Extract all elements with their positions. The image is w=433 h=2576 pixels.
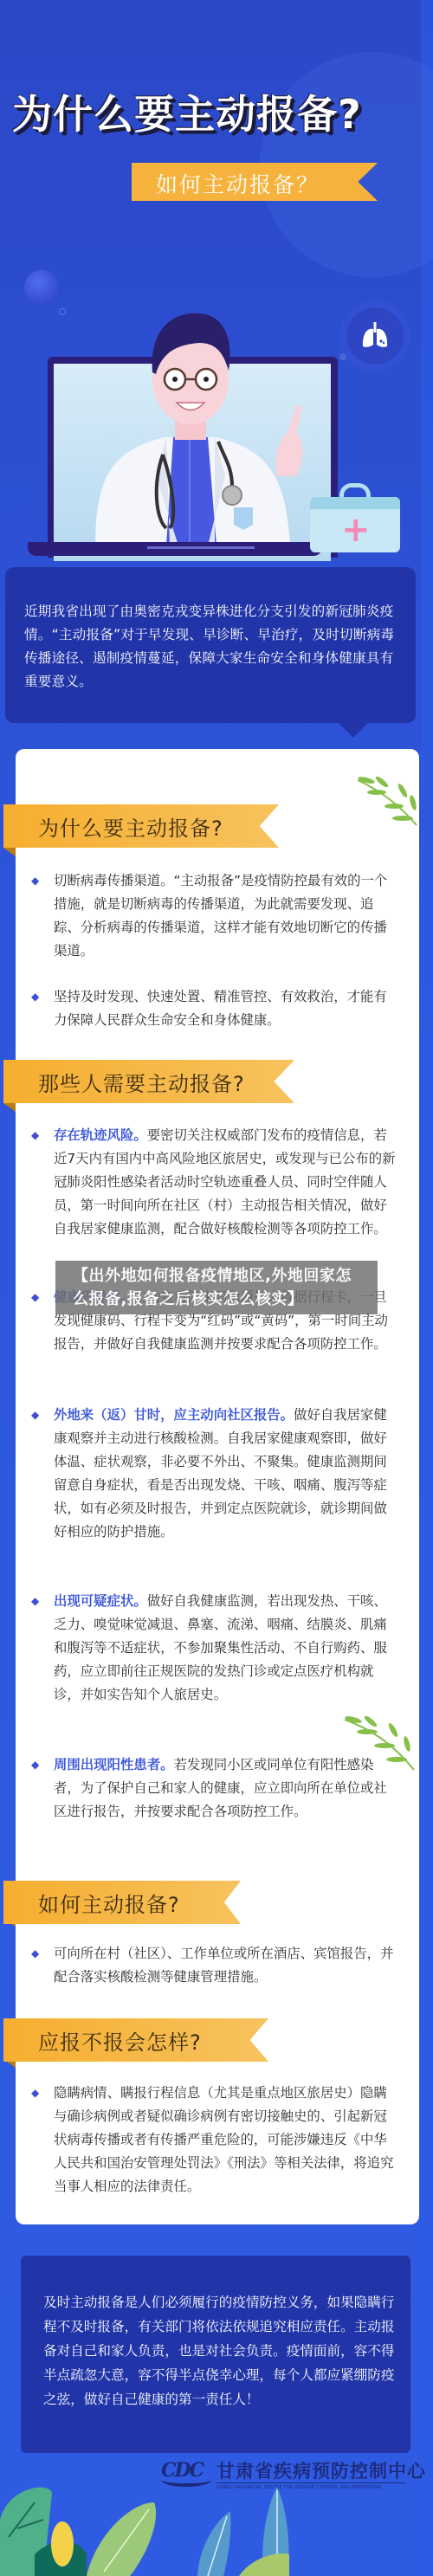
list-item: ◆ 坚持及时发现、快速处置、精准管控、有效救治，才能有力保障人民群众生命安全和身…	[35, 985, 398, 1032]
bullet-text: 坚持及时发现、快速处置、精准管控、有效救治，才能有力保障人民群众生命安全和身体健…	[35, 985, 398, 1032]
diamond-bullet-icon: ◆	[31, 1286, 39, 1309]
diamond-bullet-icon: ◆	[31, 1404, 39, 1427]
main-title: 为什么要主动报备?	[12, 83, 419, 140]
section-heading-text: 为什么要主动报备?	[38, 811, 223, 842]
section-heading-how: 如何主动报备?	[3, 1881, 241, 1924]
infographic-page: 为什么要主动报备? 如何主动报备？	[0, 0, 433, 2576]
medkit-lid	[310, 497, 400, 509]
bullet-highlight: 周围出现阳性患者。	[54, 1757, 174, 1772]
lungs-icon	[346, 307, 404, 365]
logo-divider	[216, 2482, 405, 2483]
list-item: ◆ 存在轨迹风险。要密切关注权威部门发布的疫情信息，若近7天内有国内中高风险地区…	[35, 1124, 398, 1241]
plants-decoration	[0, 2485, 433, 2576]
section-heading-who: 那些人需要主动报备?	[3, 1060, 294, 1103]
list-item: ◆ 可向所在村（社区）、工作单位或所在酒店、宾馆报告，并配合落实核酸检测等健康管…	[35, 1942, 398, 1989]
logo-mark: CDC	[161, 2459, 203, 2482]
doctor-illustration	[69, 260, 312, 546]
bullet-highlight: 存在轨迹风险。	[54, 1127, 147, 1143]
diamond-bullet-icon: ◆	[31, 1942, 39, 1966]
list-item: ◆ 外地来（返）甘时，应主动向社区报告。做好自我居家健康观察并主动进行核酸检测。…	[35, 1404, 398, 1544]
diamond-bullet-icon: ◆	[31, 869, 39, 893]
bullet-text: 做好自我居家健康观察并主动进行核酸检测。自我居家健康观察即，做好体温、症状观察，…	[54, 1407, 387, 1540]
medical-kit-icon: +	[310, 497, 400, 552]
laptop-base	[28, 542, 322, 556]
section-heading-why: 为什么要主动报备?	[3, 804, 279, 848]
decorative-bubble	[339, 353, 346, 360]
section-heading-consequence: 应报不报会怎样?	[3, 2018, 268, 2062]
hero-banner: 为什么要主动报备? 如何主动报备？	[0, 0, 433, 563]
closing-box: 及时主动报备是人们必须履行的疫情防控义务，如果隐瞒行程不及时报备，有关部门将依法…	[21, 2256, 410, 2453]
decorative-bubble	[59, 308, 66, 315]
ribbon-fold	[3, 1103, 16, 1112]
leaf-branch-icon	[351, 773, 420, 834]
list-item: ◆ 出现可疑症状。做好自我健康监测，若出现发热、干咳、乏力、嗅觉味觉减退、鼻塞、…	[35, 1590, 398, 1707]
decorative-bubble	[24, 270, 59, 305]
org-name-cn: 甘肃省疾病预防控制中心	[216, 2457, 426, 2483]
bullet-text: 做好自我健康监测，若出现发热、干咳、乏力、嗅觉味觉减退、鼻塞、流涕、咽痛、结膜炎…	[54, 1593, 387, 1702]
bullet-text: 要密切关注权威部门发布的疫情信息，若近7天内有国内中高风险地区旅居史，或发现与已…	[54, 1127, 396, 1236]
bullet-highlight: 外地来（返）甘时，应主动向社区报告。	[54, 1407, 294, 1423]
closing-text: 及时主动报备是人们必须履行的疫情防控义务，如果隐瞒行程不及时报备，有关部门将依法…	[43, 2290, 398, 2411]
intro-text: 近期我省出现了由奥密克戎变异株进化分支引发的新冠肺炎疫情。“主动报备”对于早发现…	[24, 600, 405, 694]
bullet-text: 隐瞒病情、瞒报行程信息（尤其是重点地区旅居史）隐瞒与确诊病例或者疑似确诊病例有密…	[35, 2082, 398, 2198]
cross-icon: +	[341, 516, 371, 544]
diamond-bullet-icon: ◆	[31, 2082, 39, 2105]
section-heading-text: 如何主动报备?	[38, 1888, 180, 1918]
diamond-bullet-icon: ◆	[31, 1753, 39, 1777]
intro-box-tail	[338, 722, 369, 738]
list-item: ◆ 隐瞒病情、瞒报行程信息（尤其是重点地区旅居史）隐瞒与确诊病例或者疑似确诊病例…	[35, 2082, 398, 2198]
section-heading-text: 那些人需要主动报备?	[38, 1067, 245, 1097]
title-overlay-caption: 【出外地如何报备疫情地区,外地回家怎么报备,报备之后核实怎么核实】	[55, 1261, 378, 1314]
ribbon-fold	[3, 848, 16, 856]
overlay-text: 【出外地如何报备疫情地区,外地回家怎么报备,报备之后核实怎么核实】	[73, 1264, 367, 1311]
bullet-highlight: 出现可疑症状。	[54, 1593, 147, 1609]
section-heading-text: 应报不报会怎样?	[38, 2025, 202, 2056]
bullet-text: 切断病毒传播渠道。“主动报备”是疫情防控最有效的一个措施，就是切断病毒的传播渠道…	[35, 869, 398, 963]
intro-box: 近期我省出现了由奥密克戎变异株进化分支引发的新冠肺炎疫情。“主动报备”对于早发现…	[5, 567, 416, 723]
list-item: ◆ 周围出现阳性患者。若发现同小区或同单位有阳性感染者，为了保护自己和家人的健康…	[35, 1753, 398, 1824]
bullet-text: 可向所在村（社区）、工作单位或所在酒店、宾馆报告，并配合落实核酸检测等健康管理措…	[35, 1942, 398, 1989]
subtitle-ribbon: 如何主动报备？	[132, 163, 378, 201]
laptop-slot	[147, 546, 255, 549]
subtitle-text: 如何主动报备？	[156, 168, 320, 199]
diamond-bullet-icon: ◆	[31, 1124, 39, 1147]
diamond-bullet-icon: ◆	[31, 1590, 39, 1613]
list-item: ◆ 切断病毒传播渠道。“主动报备”是疫情防控最有效的一个措施，就是切断病毒的传播…	[35, 869, 398, 963]
diamond-bullet-icon: ◆	[31, 985, 39, 1009]
